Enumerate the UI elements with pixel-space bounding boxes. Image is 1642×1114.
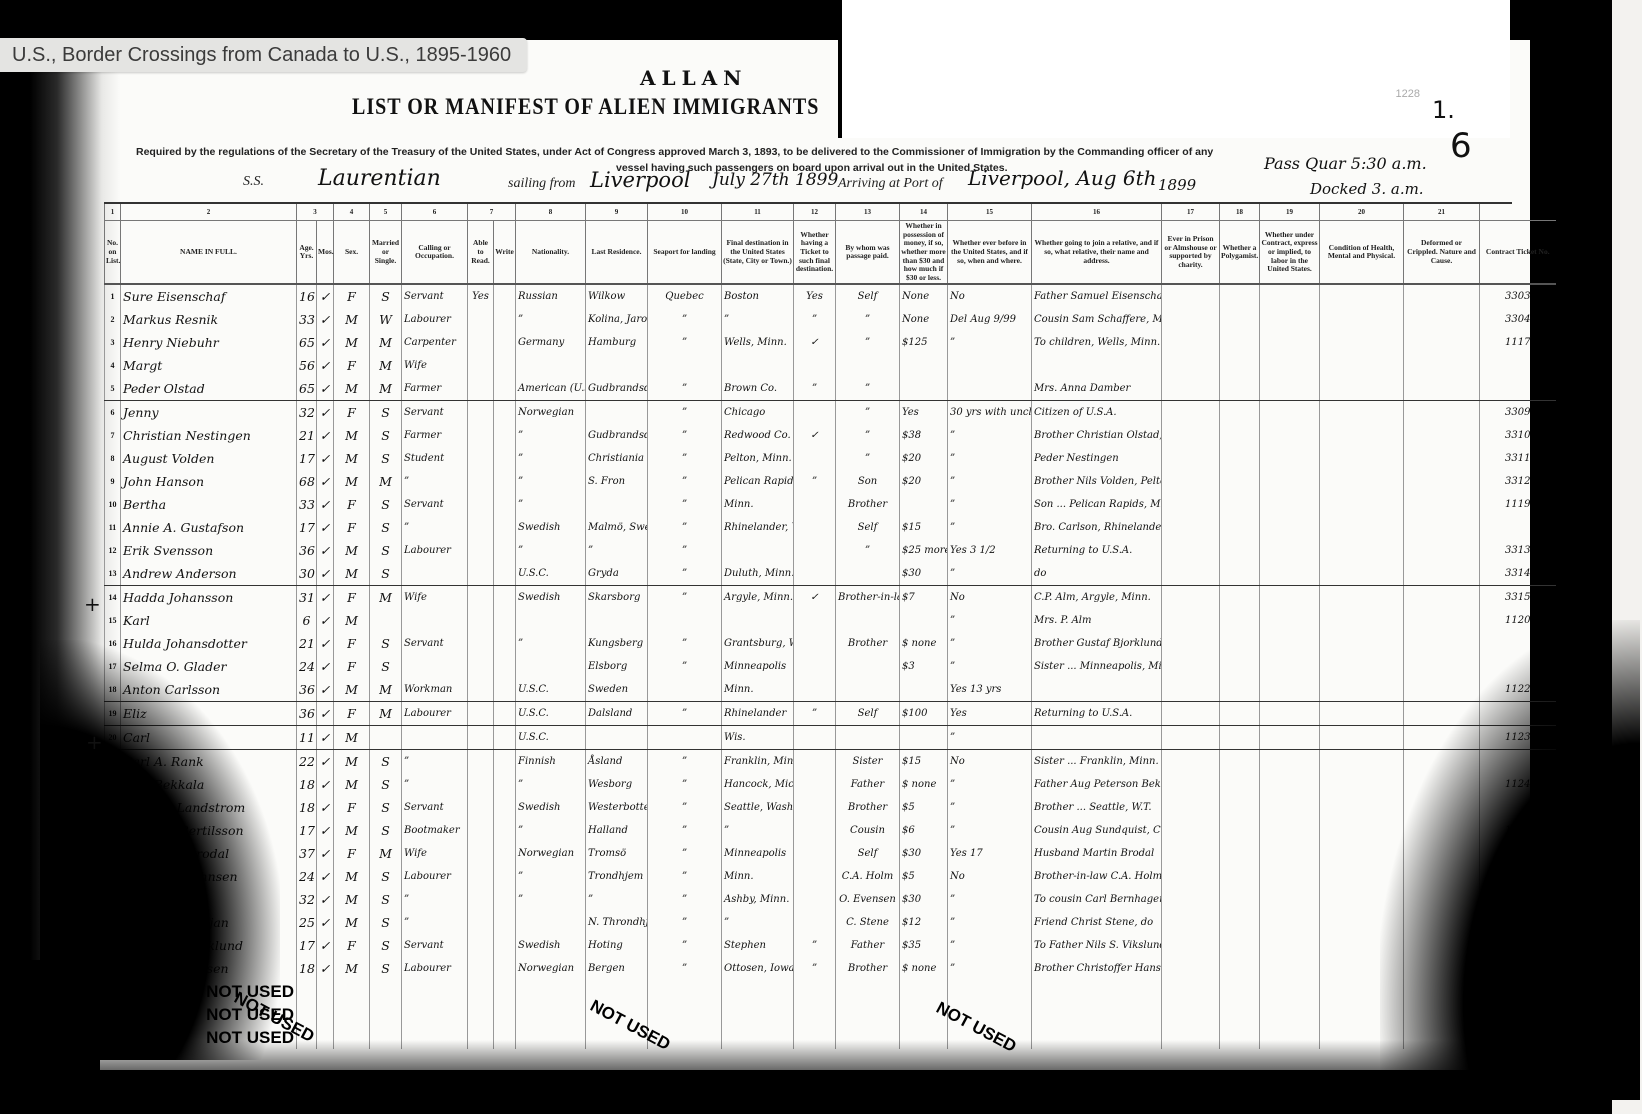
cell-read: [468, 331, 494, 354]
cell-col18: [1220, 401, 1260, 425]
cell-money: $6: [900, 819, 948, 842]
cell-sex: M: [334, 773, 370, 796]
cell-col19: [1260, 888, 1320, 911]
empty-cell: [516, 1003, 586, 1026]
cell-read: [468, 447, 494, 470]
table-row: 2Markus Resnik33✓MWLabourer”Kolina, Jaro…: [105, 308, 1556, 331]
cell-write: [494, 796, 516, 819]
cell-paid: Self: [836, 702, 900, 726]
cell-read: [468, 678, 494, 702]
cell-col21: [1404, 539, 1480, 562]
empty-cell: [317, 980, 334, 1003]
cell-name: Sure Eisenschaf: [121, 284, 297, 308]
not-used-row: NOT USED: [105, 1003, 1556, 1026]
cell-port: ”: [648, 516, 722, 539]
cell-write: [494, 539, 516, 562]
cell-mos: ✓: [317, 377, 334, 401]
cell-money: $125: [900, 331, 948, 354]
cell-port: ”: [648, 401, 722, 425]
cell-port: [648, 609, 722, 632]
cell-yrs: 65: [297, 331, 317, 354]
cell-no: 9: [105, 470, 121, 493]
cell-mos: ✓: [317, 819, 334, 842]
cell-mos: ✓: [317, 539, 334, 562]
cell-yrs: 18: [297, 957, 317, 980]
cell-relative: Returning to U.S.A.: [1032, 702, 1162, 726]
cell-occ: Workman: [402, 678, 468, 702]
cell-sex: F: [334, 934, 370, 957]
sailing-port: Liverpool: [590, 168, 690, 192]
empty-cell: [1220, 1003, 1260, 1026]
cell-res: Trondhjem: [586, 865, 648, 888]
overlay-stamp-number: 1228: [1396, 88, 1420, 100]
cell-paid: Brother: [836, 796, 900, 819]
col-header-passage-paid: By whom was passage paid.: [836, 221, 900, 285]
col-header-contract: Whether under Contract, express or impli…: [1260, 221, 1320, 285]
cell-ticket: [794, 655, 836, 678]
cell-name: Margt: [121, 354, 297, 377]
cell-write: [494, 632, 516, 655]
cell-occ: Labourer: [402, 702, 468, 726]
cell-before: Yes: [948, 702, 1032, 726]
cell-res: N. Throndhjem: [586, 911, 648, 934]
cell-name: John Hanson: [121, 470, 297, 493]
cell-sex: M: [334, 957, 370, 980]
cell-col17: [1162, 424, 1220, 447]
cell-read: [468, 377, 494, 401]
manifest-table: 12 3 456 7 8910 111213 141516 171819 202…: [104, 202, 1512, 1028]
cell-relative: Sister ... Minneapolis, Minn.: [1032, 655, 1162, 678]
cell-money: [900, 493, 948, 516]
quarantine-pass-note: Pass Quar 5:30 a.m.: [1264, 154, 1427, 173]
passenger-rows: 1Sure Eisenschaf16✓FSServantYesRussianWi…: [105, 284, 1556, 1049]
cell-before: ”: [948, 655, 1032, 678]
cell-before: ”: [948, 957, 1032, 980]
cell-write: [494, 934, 516, 957]
cell-col17: [1162, 842, 1220, 865]
cell-nat: ”: [516, 773, 586, 796]
cell-col20: [1320, 516, 1404, 539]
cell-name: August Volden: [121, 447, 297, 470]
cell-ms: S: [370, 424, 402, 447]
cell-read: [468, 773, 494, 796]
cell-nat: ”: [516, 470, 586, 493]
cell-dest: Hancock, Mich.: [722, 773, 794, 796]
cell-port: ”: [648, 377, 722, 401]
cell-ticket: [794, 632, 836, 655]
empty-cell: [468, 980, 494, 1003]
cell-sex: F: [334, 493, 370, 516]
cell-before: No: [948, 586, 1032, 610]
cell-before: ”: [948, 609, 1032, 632]
cell-before: ”: [948, 773, 1032, 796]
cell-col18: [1220, 284, 1260, 308]
cell-dest: Minn.: [722, 678, 794, 702]
cell-before: Yes 17: [948, 842, 1032, 865]
cell-before: Yes 3 1/2: [948, 539, 1032, 562]
cell-paid: Father: [836, 934, 900, 957]
col-header-polygamist: Whether a Polygamist.: [1220, 221, 1260, 285]
cell-money: $38: [900, 424, 948, 447]
cell-col20: [1320, 539, 1404, 562]
cell-nat: U.S.C.: [516, 702, 586, 726]
cell-col19: [1260, 447, 1320, 470]
cell-port: ”: [648, 562, 722, 586]
cell-read: [468, 750, 494, 774]
cell-nat: Germany: [516, 331, 586, 354]
col-header-money: Whether in possession of money, if so, w…: [900, 221, 948, 285]
cell-ticket: ”: [794, 470, 836, 493]
cell-relative: Brother Gustaf Bjorklund, Grantsburg, Wi…: [1032, 632, 1162, 655]
cell-col21: [1404, 354, 1480, 377]
cell-relative: Bro. Carlson, Rhinelander, Wis.: [1032, 516, 1162, 539]
cell-yrs: 21: [297, 632, 317, 655]
cell-port: ”: [648, 632, 722, 655]
cell-sex: M: [334, 865, 370, 888]
cell-no: 3: [105, 331, 121, 354]
cell-money: $20: [900, 447, 948, 470]
cell-yrs: 30: [297, 562, 317, 586]
empty-cell: [948, 980, 1032, 1003]
table-row: 27Jens Hansen32✓MS””””Ashby, Minn.O. Eve…: [105, 888, 1556, 911]
cell-write: [494, 842, 516, 865]
cell-yrs: 16: [297, 284, 317, 308]
cell-col18: [1220, 750, 1260, 774]
cell-col18: [1220, 609, 1260, 632]
cell-occ: ”: [402, 470, 468, 493]
cell-sex: M: [334, 470, 370, 493]
cell-no: 2: [105, 308, 121, 331]
cell-read: [468, 493, 494, 516]
cell-ticket: [794, 750, 836, 774]
cell-res: Dalsland: [586, 702, 648, 726]
table-row: 22Karl Bekkala18✓MS””Wesborg”Hancock, Mi…: [105, 773, 1556, 796]
cell-money: [900, 678, 948, 702]
cell-ticket: [794, 447, 836, 470]
cell-read: [468, 562, 494, 586]
cell-sex: M: [334, 911, 370, 934]
sheet-number: 1.: [1432, 96, 1455, 124]
cell-port: ”: [648, 957, 722, 980]
cell-dest: Franklin, Minn.: [722, 750, 794, 774]
cell-paid: O. Evensen: [836, 888, 900, 911]
cell-yrs: 65: [297, 377, 317, 401]
cell-money: $ none: [900, 632, 948, 655]
cell-ticket: [794, 865, 836, 888]
cell-col17: [1162, 401, 1220, 425]
cell-col18: [1220, 562, 1260, 586]
cell-port: ”: [648, 819, 722, 842]
cell-before: ”: [948, 424, 1032, 447]
col-header-before-in-us: Whether ever before in the United States…: [948, 221, 1032, 285]
cell-yrs: 6: [297, 609, 317, 632]
cell-occ: [402, 609, 468, 632]
cell-ticketcolno: 3309: [1480, 401, 1556, 425]
cell-sex: M: [334, 424, 370, 447]
regulation-text-line-1: Required by the regulations of the Secre…: [136, 146, 1213, 158]
cell-mos: ✓: [317, 842, 334, 865]
cell-name: Annie A. Gustafson: [121, 516, 297, 539]
empty-cell: [317, 1003, 334, 1026]
cell-nat: [516, 655, 586, 678]
cell-before: Del Aug 9/99: [948, 308, 1032, 331]
cell-res: Westerbotten: [586, 796, 648, 819]
cell-read: [468, 539, 494, 562]
cell-res: Hamburg: [586, 331, 648, 354]
cell-col19: [1260, 655, 1320, 678]
table-row: 3Henry Niebuhr65✓MMCarpenterGermanyHambu…: [105, 331, 1556, 354]
cell-paid: Brother: [836, 493, 900, 516]
cell-col17: [1162, 447, 1220, 470]
cell-yrs: 32: [297, 401, 317, 425]
cell-nat: Finnish: [516, 750, 586, 774]
cell-dest: Chicago: [722, 401, 794, 425]
empty-cell: [494, 980, 516, 1003]
cell-col19: [1260, 308, 1320, 331]
table-row: 10Bertha33✓FSServant””Minn.Brother”Son .…: [105, 493, 1556, 516]
cell-res: Wilkow: [586, 284, 648, 308]
cell-dest: ”: [722, 911, 794, 934]
cell-ticketcolno: 3311: [1480, 447, 1556, 470]
empty-cell: [402, 980, 468, 1003]
cell-ticket: ✓: [794, 331, 836, 354]
cell-dest: Seattle, Wash.: [722, 796, 794, 819]
cell-sex: M: [334, 562, 370, 586]
cell-money: $12: [900, 911, 948, 934]
cell-paid: Self: [836, 516, 900, 539]
cell-col21: [1404, 377, 1480, 401]
cell-before: ”: [948, 911, 1032, 934]
cell-yrs: 18: [297, 773, 317, 796]
cell-occ: Bootmaker: [402, 819, 468, 842]
cell-col17: [1162, 493, 1220, 516]
empty-cell: [836, 980, 900, 1003]
cell-yrs: 22: [297, 750, 317, 774]
cell-col20: [1320, 470, 1404, 493]
cell-ms: S: [370, 819, 402, 842]
cell-mos: ✓: [317, 424, 334, 447]
cell-port: ”: [648, 424, 722, 447]
cell-money: $3: [900, 655, 948, 678]
cell-ticket: [794, 401, 836, 425]
cell-col20: [1320, 377, 1404, 401]
col-header-health: Condition of Health, Mental and Physical…: [1320, 221, 1404, 285]
cell-col21: [1404, 493, 1480, 516]
cell-mos: ✓: [317, 401, 334, 425]
cell-relative: Brother Christian Olstad, Chicago, Ill.: [1032, 424, 1162, 447]
cell-ticket: ✓: [794, 586, 836, 610]
cell-name: Jenny: [121, 401, 297, 425]
cell-col19: [1260, 401, 1320, 425]
cell-nat: ”: [516, 493, 586, 516]
cell-occ: Farmer: [402, 424, 468, 447]
col-header-no: No. on List.: [105, 221, 121, 285]
cell-port: ”: [648, 702, 722, 726]
col-header-nationality: Nationality.: [516, 221, 586, 285]
cell-col21: [1404, 562, 1480, 586]
cell-occ: ”: [402, 750, 468, 774]
cell-col18: [1220, 934, 1260, 957]
cell-port: ”: [648, 750, 722, 774]
cell-col17: [1162, 331, 1220, 354]
cell-money: $25 more: [900, 539, 948, 562]
cell-relative: Son ... Pelican Rapids, Minn. / Brother …: [1032, 493, 1162, 516]
cell-money: $ none: [900, 773, 948, 796]
table-row: 21Carl A. Rank22✓MS”FinnishÅsland”Frankl…: [105, 750, 1556, 774]
cell-name: Peder Olstad: [121, 377, 297, 401]
cell-sex: M: [334, 726, 370, 750]
cell-occ: Wife: [402, 842, 468, 865]
cell-ms: M: [370, 842, 402, 865]
cell-col18: [1220, 678, 1260, 702]
cell-ms: M: [370, 678, 402, 702]
empty-cell: [402, 1003, 468, 1026]
scan-shadow-bottom: [0, 1040, 1612, 1114]
cell-paid: [836, 678, 900, 702]
col-header-write: Write: [494, 221, 516, 285]
empty-cell: [334, 1003, 370, 1026]
cell-name: Henry Niebuhr: [121, 331, 297, 354]
cell-ticketcolno: [1480, 354, 1556, 377]
cell-sex: F: [334, 702, 370, 726]
cell-col17: [1162, 726, 1220, 750]
cell-col17: [1162, 539, 1220, 562]
col-header-contract-ticket: Contract Ticket No.: [1480, 221, 1556, 285]
cell-before: No: [948, 284, 1032, 308]
cell-occ: [402, 726, 468, 750]
cell-money: $15: [900, 750, 948, 774]
table-row: 20Carl11✓MU.S.C.Wis.”1123: [105, 726, 1556, 750]
sailing-date: July 27th 1899: [712, 170, 838, 190]
cell-dest: Duluth, Minn.: [722, 562, 794, 586]
cell-mos: ✓: [317, 678, 334, 702]
cell-yrs: 36: [297, 702, 317, 726]
cell-ms: S: [370, 888, 402, 911]
cell-col19: [1260, 750, 1320, 774]
cell-read: [468, 632, 494, 655]
cell-col18: [1220, 308, 1260, 331]
cell-write: [494, 308, 516, 331]
cell-write: [494, 377, 516, 401]
cell-dest: Minneapolis: [722, 842, 794, 865]
cell-write: [494, 516, 516, 539]
table-row: 29Selma M. Vikklund17✓FSServantSwedishHo…: [105, 934, 1556, 957]
cell-money: Yes: [900, 401, 948, 425]
cell-col18: [1220, 516, 1260, 539]
column-number-row: 12 3 456 7 8910 111213 141516 171819 202…: [105, 204, 1556, 221]
table-row: 28Mette P. Svedjan25✓MS”N. Throndhjem””C…: [105, 911, 1556, 934]
cell-relative: Friend Christ Stene, do: [1032, 911, 1162, 934]
cell-before: ”: [948, 888, 1032, 911]
cell-mos: ✓: [317, 470, 334, 493]
cell-occ: ”: [402, 516, 468, 539]
cell-ticketcolno: 3312: [1480, 470, 1556, 493]
cell-money: $30: [900, 842, 948, 865]
cell-col19: [1260, 796, 1320, 819]
empty-cell: [516, 980, 586, 1003]
cell-name: Bertha: [121, 493, 297, 516]
cell-money: None: [900, 308, 948, 331]
col-header-prison: Ever in Prison or Almshouse or supported…: [1162, 221, 1220, 285]
cell-read: [468, 702, 494, 726]
cell-sex: F: [334, 401, 370, 425]
cell-ticket: [794, 796, 836, 819]
cell-ticketcolno: 1117: [1480, 331, 1556, 354]
cell-col17: [1162, 702, 1220, 726]
empty-cell: [648, 1003, 722, 1026]
cell-before: ”: [948, 934, 1032, 957]
cell-no: 15: [105, 609, 121, 632]
cell-mos: ✓: [317, 726, 334, 750]
cell-nat: Norwegian: [516, 401, 586, 425]
cell-res: Elsborg: [586, 655, 648, 678]
cell-mos: ✓: [317, 702, 334, 726]
cell-port: ”: [648, 865, 722, 888]
cell-yrs: 18: [297, 796, 317, 819]
cell-nat: U.S.C.: [516, 726, 586, 750]
cell-mos: ✓: [317, 865, 334, 888]
cell-yrs: 17: [297, 516, 317, 539]
cell-name: Karl: [121, 609, 297, 632]
cell-nat: ”: [516, 632, 586, 655]
cell-port: ”: [648, 331, 722, 354]
cell-relative: Husband Martin Brodal: [1032, 842, 1162, 865]
cell-write: [494, 586, 516, 610]
cell-occ: Labourer: [402, 539, 468, 562]
cell-col20: [1320, 284, 1404, 308]
cell-occ: ”: [402, 773, 468, 796]
ss-label: S.S.: [243, 174, 264, 190]
cell-col18: [1220, 331, 1260, 354]
cell-nat: [516, 609, 586, 632]
cell-yrs: 17: [297, 447, 317, 470]
cell-paid: [836, 562, 900, 586]
cell-ticketcolno: [1480, 377, 1556, 401]
cell-col19: [1260, 819, 1320, 842]
cell-ticketcolno: 3315: [1480, 586, 1556, 610]
cell-col19: [1260, 539, 1320, 562]
cell-yrs: 32: [297, 888, 317, 911]
empty-cell: [334, 980, 370, 1003]
cell-sex: F: [334, 632, 370, 655]
cell-sex: F: [334, 842, 370, 865]
cell-paid: Brother-in-law: [836, 586, 900, 610]
cell-nat: American (U.S.C.): [516, 377, 586, 401]
cell-relative: Peder Nestingen: [1032, 447, 1162, 470]
empty-cell: [1260, 980, 1320, 1003]
cell-ticket: [794, 888, 836, 911]
cell-dest: Rhinelander, Wis.: [722, 516, 794, 539]
cell-col18: [1220, 888, 1260, 911]
cell-occ: Labourer: [402, 308, 468, 331]
cell-ticket: [794, 842, 836, 865]
cell-col18: [1220, 424, 1260, 447]
cell-sex: M: [334, 377, 370, 401]
document-viewer[interactable]: 1228 ALLAN LIST OR MANIFEST OF ALIEN IMM…: [0, 0, 1612, 1114]
cell-read: [468, 609, 494, 632]
cell-relative: [1032, 726, 1162, 750]
cell-write: [494, 726, 516, 750]
cell-ms: M: [370, 331, 402, 354]
cell-port: ”: [648, 447, 722, 470]
cell-ticket: [794, 678, 836, 702]
cell-col18: [1220, 957, 1260, 980]
cell-col18: [1220, 773, 1260, 796]
cell-col19: [1260, 842, 1320, 865]
arriving-label: Arriving at Port of: [838, 176, 943, 192]
cell-ms: S: [370, 516, 402, 539]
cell-col19: [1260, 354, 1320, 377]
